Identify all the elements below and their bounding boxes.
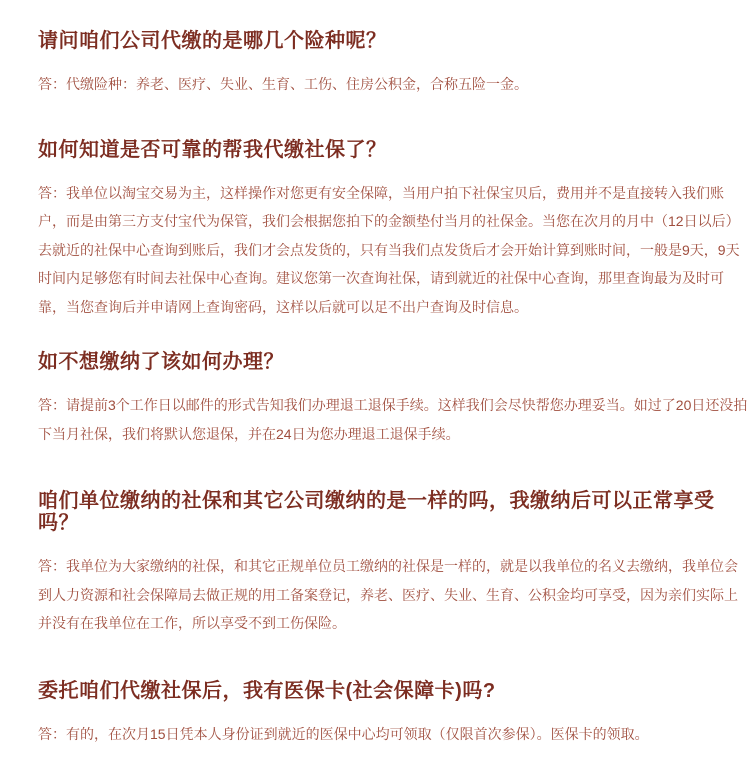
faq-question: 请问咱们公司代缴的是哪几个险种呢？ <box>38 30 750 52</box>
faq-item-reliability: 如何知道是否可靠的帮我代缴社保了？ 答：我单位以淘宝交易为主，这样操作对您更有安… <box>38 139 750 322</box>
faq-item-insurance-types: 请问咱们公司代缴的是哪几个险种呢？ 答：代缴险种：养老、医疗、失业、生育、工伤、… <box>38 30 750 99</box>
faq-page: 请问咱们公司代缴的是哪几个险种呢？ 答：代缴险种：养老、医疗、失业、生育、工伤、… <box>0 0 750 780</box>
faq-answer: 答：有的，在次月15日凭本人身份证到就近的医保中心均可领取（仅限首次参保）。医保… <box>38 720 750 749</box>
faq-item-medical-card: 委托咱们代缴社保后，我有医保卡(社会保障卡)吗? 答：有的，在次月15日凭本人身… <box>38 680 750 749</box>
faq-question: 如何知道是否可靠的帮我代缴社保了？ <box>38 139 750 161</box>
faq-item-same-as-other-companies: 咱们单位缴纳的社保和其它公司缴纳的是一样的吗，我缴纳后可以正常享受吗？ 答：我单… <box>38 490 750 638</box>
faq-answer: 答：我单位以淘宝交易为主，这样操作对您更有安全保障，当用户拍下社保宝贝后，费用并… <box>38 179 750 322</box>
faq-item-cancel-procedure: 如不想缴纳了该如何办理？ 答：请提前3个工作日以邮件的形式告知我们办理退工退保手… <box>38 351 750 448</box>
faq-question: 咱们单位缴纳的社保和其它公司缴纳的是一样的吗，我缴纳后可以正常享受吗？ <box>38 490 750 534</box>
faq-question: 如不想缴纳了该如何办理？ <box>38 351 750 373</box>
faq-answer: 答：代缴险种：养老、医疗、失业、生育、工伤、住房公积金，合称五险一金。 <box>38 70 750 99</box>
faq-answer: 答：请提前3个工作日以邮件的形式告知我们办理退工退保手续。这样我们会尽快帮您办理… <box>38 391 750 448</box>
faq-question: 委托咱们代缴社保后，我有医保卡(社会保障卡)吗? <box>38 680 750 702</box>
faq-answer: 答：我单位为大家缴纳的社保，和其它正规单位员工缴纳的社保是一样的，就是以我单位的… <box>38 552 750 638</box>
